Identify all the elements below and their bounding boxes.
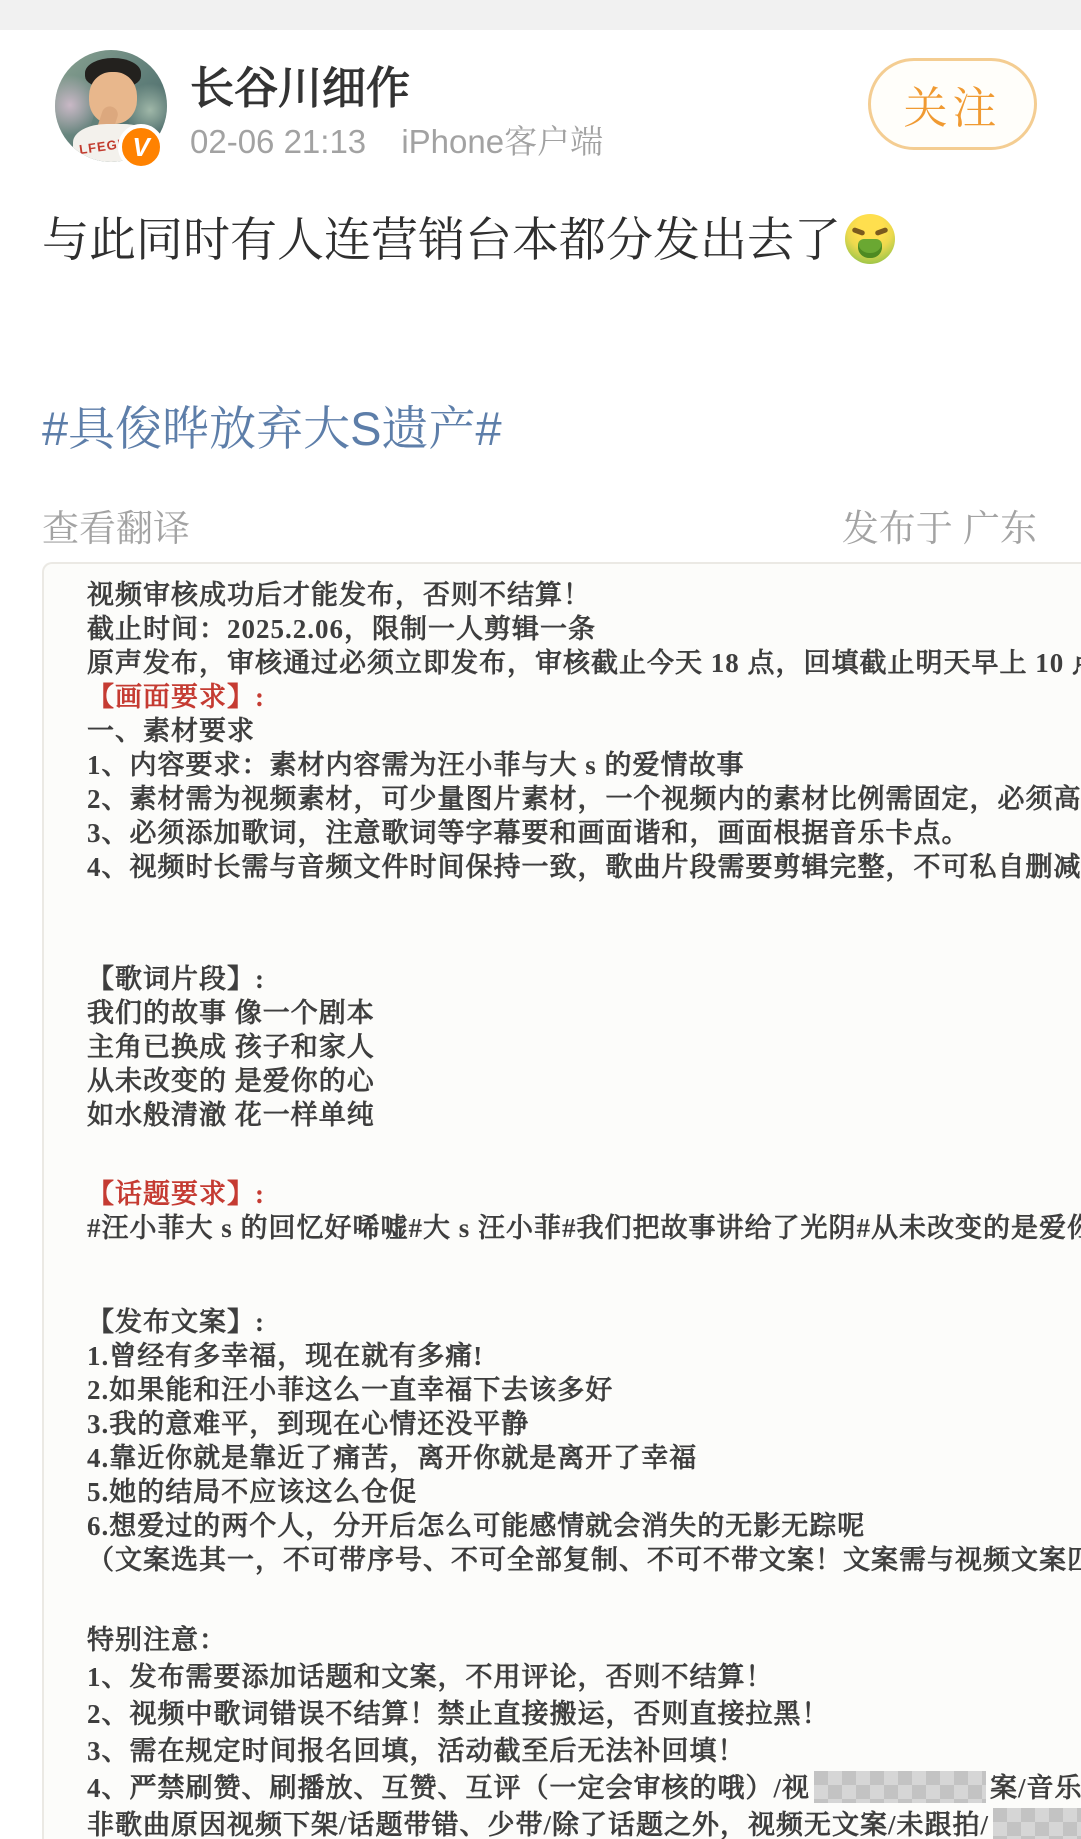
vomiting-emoji [845,214,895,264]
doc-line: 主角已换成 孩子和家人 [87,1030,1081,1064]
censored-mosaic [814,1771,986,1803]
doc-line: 3、必须添加歌词，注意歌词等字幕要和画面谐和，画面根据音乐卡点。 [87,816,1081,850]
doc-line: 视频审核成功后才能发布，否则不结算！ [87,578,1081,612]
censored-mosaic [993,1808,1081,1839]
doc-section-title-visual: 【画面要求】: [87,680,1081,714]
doc-line: 5.她的结局不应该这么仓促 [87,1475,1081,1509]
doc-line: 3、需在规定时间报名回填，活动截至后无法补回填！ [87,1733,1081,1770]
doc-section-title-copy: 【发布文案】: [87,1305,1081,1339]
weibo-post-page: LFEGUA V 长谷川细作 02-06 21:13 iPhone客户端 关注 … [0,0,1081,1839]
doc-section-copy: 【发布文案】: 1.曾经有多幸福，现在就有多痛! 2.如果能和汪小菲这么一直幸福… [87,1305,1081,1577]
doc-line: 6.想爱过的两个人，分开后怎么可能感情就会消失的无影无踪呢 [87,1509,1081,1543]
doc-section-notes: 特别注意： 1、发布需要添加话题和文案，不用评论，否则不结算！ 2、视频中歌词错… [87,1622,1081,1839]
doc-line: 1、发布需要添加话题和文案，不用评论，否则不结算！ [87,1659,1081,1696]
post-meta: 02-06 21:13 iPhone客户端 [190,116,603,163]
post-source: iPhone客户端 [401,123,603,160]
doc-line: 2.如果能和汪小菲这么一直幸福下去该多好 [87,1373,1081,1407]
doc-section-topics: 【话题要求】: #汪小菲大 s 的回忆好唏嘘#大 s 汪小菲#我们把故事讲给了光… [87,1177,1081,1245]
doc-line: 2、素材需为视频素材，可少量图片素材，一个视频内的素材比例需固定，必须高清 [87,782,1081,816]
doc-line: 如水般清澈 花一样单纯 [87,1098,1081,1132]
verified-badge-icon: V [118,124,164,170]
post-timestamp: 02-06 21:13 [190,123,366,160]
top-divider [0,0,1081,30]
doc-line: 原声发布，审核通过必须立即发布，审核截止今天 18 点，回填截止明天早上 10 … [87,646,1081,680]
post-content-text: 与此同时有人连营销台本都分发出去了 [42,213,841,266]
doc-line: 4、视频时长需与音频文件时间保持一致，歌曲片段需要剪辑完整，不可私自删减音频时长 [87,850,1081,884]
doc-line-redacted: 4、严禁刷赞、刷播放、互赞、互评（一定会审核的哦）/视案/音乐混 [87,1770,1081,1807]
doc-line-fragment: 4、严禁刷赞、刷播放、互赞、互评（一定会审核的哦）/视 [87,1773,810,1803]
doc-section-title-lyrics: 【歌词片段】: [87,962,1081,996]
doc-line: 我们的故事 像一个剧本 [87,996,1081,1030]
doc-line: #汪小菲大 s 的回忆好唏嘘#大 s 汪小菲#我们把故事讲给了光阴#从未改变的是… [87,1211,1081,1245]
doc-line-redacted: 非歌曲原因视频下架/话题带错、少带/除了话题之外，视频无文案/未跟拍/ [87,1807,1081,1839]
doc-line: 截止时间：2025.2.06，限制一人剪辑一条 [87,612,1081,646]
doc-section-title-topics: 【话题要求】: [87,1177,1081,1211]
embedded-document-image[interactable]: 视频审核成功后才能发布，否则不结算！ 截止时间：2025.2.06，限制一人剪辑… [42,562,1081,1839]
post-content: 与此同时有人连营销台本都分发出去了 [42,203,895,270]
posted-from-label: 发布于 广东 [842,498,1037,552]
doc-line-fragment: 案/音乐混 [990,1773,1081,1803]
doc-line: 从未改变的 是爱你的心 [87,1064,1081,1098]
view-translation-link[interactable]: 查看翻译 [42,498,190,552]
doc-section-lyrics: 【歌词片段】: 我们的故事 像一个剧本 主角已换成 孩子和家人 从未改变的 是爱… [87,962,1081,1132]
author-username[interactable]: 长谷川细作 [190,52,410,116]
hashtag-link[interactable]: #具俊晔放弃大S遗产# [42,392,502,459]
doc-line: （文案选其一，不可带序号、不可全部复制、不可不带文案！文案需与视频文案匹配） [87,1543,1081,1577]
follow-button[interactable]: 关注 [868,58,1037,150]
doc-line: 4.靠近你就是靠近了痛苦，离开你就是离开了幸福 [87,1441,1081,1475]
doc-line: 一、素材要求 [87,714,1081,748]
doc-line-fragment: 非歌曲原因视频下架/话题带错、少带/除了话题之外，视频无文案/未跟拍/ [87,1810,989,1839]
doc-line: 1.曾经有多幸福，现在就有多痛! [87,1339,1081,1373]
doc-section-title-notes: 特别注意： [87,1622,1081,1659]
doc-line: 2、视频中歌词错误不结算！禁止直接搬运，否则直接拉黑！ [87,1696,1081,1733]
doc-line: 1、内容要求：素材内容需为汪小菲与大 s 的爱情故事 [87,748,1081,782]
doc-line: 3.我的意难平，到现在心情还没平静 [87,1407,1081,1441]
